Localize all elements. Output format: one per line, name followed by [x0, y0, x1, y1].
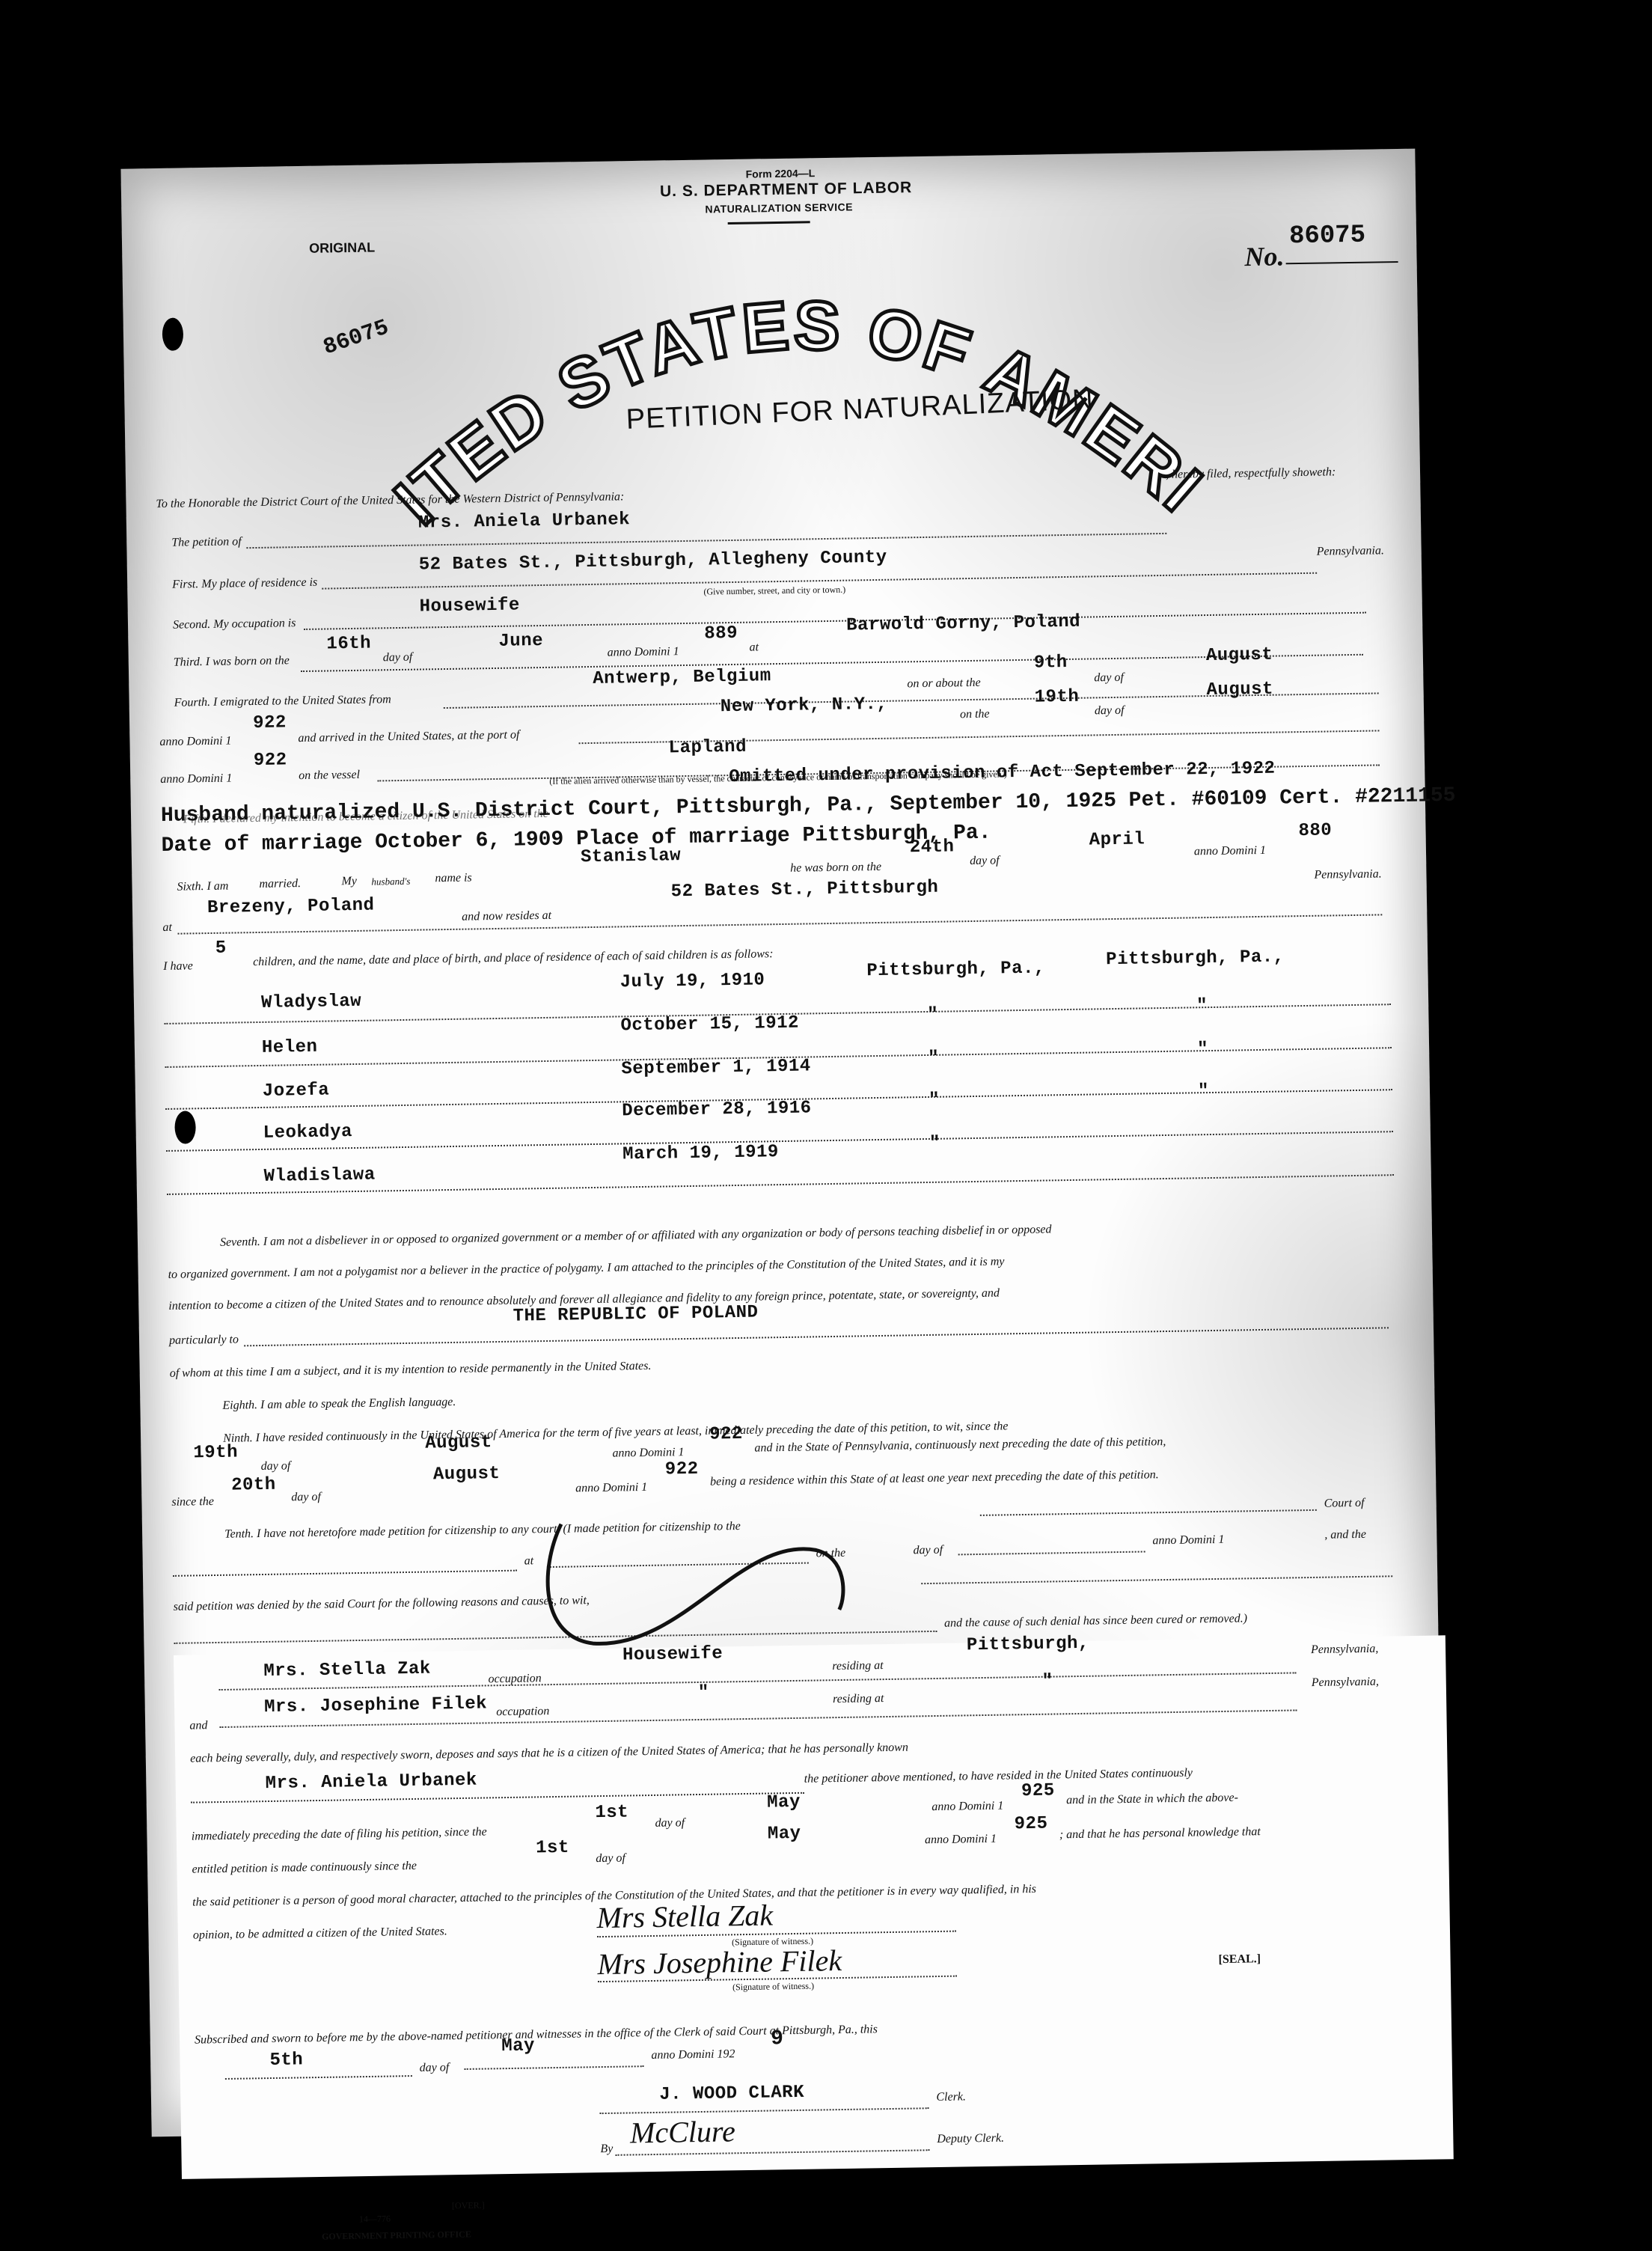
vessel-label: on the vessel	[299, 769, 360, 783]
arrived-label: and arrived in the United States, at the…	[298, 728, 519, 745]
seventh-clause: to organized government. I am not a poly…	[168, 1255, 1005, 1282]
children-count: 5	[215, 938, 227, 959]
printer-imprint: GOVERNMENT PRINTING OFFICE	[322, 2229, 471, 2242]
renounced-sovereign: THE REPUBLIC OF POLAND	[513, 1303, 758, 1327]
attached-clause: together with my affidavit and the affid…	[175, 1685, 996, 1711]
on-or-about-text: on or about the	[907, 676, 980, 691]
emigrated-month: August	[1206, 645, 1273, 666]
svg-text:UNITED STATES OF AMERICA: UNITED STATES OF AMERICA	[346, 196, 1218, 540]
divider	[634, 1872, 768, 1877]
resides-label: and now resides at	[462, 909, 551, 924]
born-label: Third. I was born on the	[174, 654, 290, 669]
court-of-text: Court of	[1324, 1497, 1365, 1511]
oath-text: information and belief, and that as to t…	[189, 2078, 552, 2098]
print-code: 14—776	[359, 2214, 391, 2226]
occupation-value: Housewife	[419, 595, 520, 617]
day-of-text: day of	[383, 651, 413, 665]
punch-hole	[174, 1111, 196, 1143]
filed-year: 9	[1403, 1758, 1416, 1781]
spouse-birth-month: April	[1089, 829, 1145, 850]
form-number: Form 2204—L	[746, 167, 816, 180]
fifth-typed: Omitted under provision of Act September…	[729, 759, 1276, 787]
spouse-word: husband's	[371, 876, 410, 888]
anno-domini-text: anno Domini 1	[159, 735, 231, 750]
residence-hint: (Give number, street, and city or town.)	[703, 584, 845, 598]
petitioner-name: Mrs. Aniela Urbanek	[418, 510, 631, 533]
arrival-port: New York, N.Y.,	[721, 694, 888, 718]
and-the-text: , and the	[1324, 1528, 1366, 1542]
punch-hole	[162, 317, 184, 350]
child-residence: "	[1197, 1039, 1208, 1060]
child-name: Helen	[262, 1037, 318, 1058]
divider	[633, 1787, 768, 1792]
occupation-label: Second. My occupation is	[173, 617, 296, 632]
number-label: No.	[1244, 240, 1285, 272]
emigrated-from: Antwerp, Belgium	[593, 666, 771, 689]
child-residence: "	[1198, 1081, 1209, 1102]
birth-day: 16th	[326, 634, 371, 655]
anno-domini-text: anno Domini 1	[612, 1446, 684, 1461]
clerk-note: NOTE TO CLERK OF COURT.—If petitioner ar…	[297, 1839, 995, 1862]
deputy-clerk-label: Deputy Clerk.	[937, 2132, 1004, 2146]
banner-title: UNITED STATES OF AMERICA	[346, 196, 1218, 540]
spouse-birth-year: 880	[1298, 820, 1332, 841]
child-birth-date: July 19, 1910	[619, 970, 765, 992]
marriage-info: Date of marriage October 6, 1909 Place o…	[161, 822, 991, 858]
child-name: Wladislawa	[263, 1165, 375, 1187]
child-birth-place: Pittsburgh, Pa.,	[866, 958, 1045, 981]
i-have-text: I have	[163, 959, 193, 974]
state-suffix: Pennsylvania.	[1314, 867, 1381, 882]
child-name: Leokadya	[263, 1122, 353, 1143]
filed-day: 5th	[1119, 1781, 1152, 1802]
day-of-text: day of	[913, 1544, 943, 1558]
anno-domini-text: anno Domini 1	[608, 645, 679, 660]
child-birth-date: September 1, 1914	[621, 1056, 811, 1079]
day-of-text: day of	[1095, 704, 1125, 718]
child-birth-place: "	[928, 1048, 939, 1069]
petitioner-signature: Aniela Urbanek	[1102, 1670, 1321, 1713]
day-of-text: day of	[1187, 1794, 1217, 1808]
arrival-year: 922	[254, 750, 287, 771]
spouse-birth-day: 24th	[910, 837, 955, 858]
child-birth-date: October 15, 1912	[620, 1013, 799, 1036]
husband-naturalized: Husband naturalized U.S. District Court,…	[161, 784, 1456, 828]
anno-domini-text: anno Domini 1	[1194, 844, 1266, 859]
particularly-to-label: particularly to	[169, 1333, 239, 1347]
child-name: Jozefa	[263, 1081, 330, 1102]
ss-text: ss:	[366, 1972, 379, 1985]
my-text: My	[341, 875, 357, 888]
anno-domini-text: anno Domini 1	[1152, 1533, 1224, 1548]
day-of-text: day of	[261, 1459, 291, 1473]
child-birth-place: "	[929, 1134, 940, 1154]
at-text: at	[162, 921, 172, 935]
birth-year: 889	[704, 623, 738, 644]
venue-line: Western District of Pennsylvania.	[187, 1987, 348, 2003]
day-of-text: day of	[970, 854, 1000, 868]
spouse-residence: 52 Bates St., Pittsburgh	[671, 878, 939, 902]
child-birth-place: "	[929, 1090, 940, 1111]
day-of-text: day of	[1094, 671, 1124, 685]
birth-month: June	[498, 631, 543, 652]
child-birth-place: "	[927, 1005, 938, 1025]
child-residence: "	[1196, 996, 1208, 1016]
emigrated-label: Fourth. I emigrated to the United States…	[174, 693, 391, 710]
spouse-birth-place: Brezeny, Poland	[207, 896, 375, 919]
state-since-month: August	[433, 1464, 501, 1485]
us-since-day: 19th	[193, 1443, 238, 1464]
sixth-label: Sixth. I am	[177, 880, 228, 894]
declaration-text: and Certificate of Arrival from Departme…	[805, 1804, 1101, 1822]
number-underline	[1286, 261, 1398, 264]
day-of-text: day of	[291, 1491, 321, 1505]
us-since-month: August	[425, 1432, 492, 1453]
by-label: By	[600, 2142, 613, 2156]
child-birth-date: December 28, 1916	[622, 1098, 812, 1121]
affidavits-title: AFFIDAVITS OF PETITIONER AND WITNESSES	[597, 1881, 1057, 1924]
ninth-clause: being a residence within this State of a…	[710, 1468, 1159, 1488]
us-since-year: 922	[709, 1424, 743, 1445]
children-label: children, and the name, date and place o…	[253, 947, 774, 969]
state-suffix: Pennsylvania.	[1317, 544, 1384, 558]
arrival-month: August	[1206, 679, 1273, 700]
anno-domini-text: anno Domini 1	[575, 1481, 647, 1496]
year-prefix: 192	[1373, 1771, 1391, 1785]
filed-month: May	[1276, 1771, 1309, 1792]
state-since-year: 922	[665, 1459, 699, 1480]
petitioner-affidavit-signature: Mrs Aniela Urbanek	[1063, 2025, 1346, 2069]
punch-hole	[186, 1836, 207, 1869]
attached-clause: United States of America.	[175, 1730, 298, 1746]
declaration-label: Declaration of Intention No.	[206, 1827, 343, 1842]
arrival-day: 19th	[1034, 687, 1079, 708]
residence-label: First. My place of residence is	[172, 576, 317, 592]
vessel-name: Lapland	[668, 737, 747, 759]
spouse-name: Stanislaw	[581, 846, 682, 867]
oath-text: The aforesaid petitioner being duly swor…	[232, 2010, 1059, 2036]
ninth-clause: and in the State of Pennsylvania, contin…	[754, 1435, 1166, 1456]
filed-suffix: , hereby filed, respectfully showeth:	[1166, 465, 1336, 482]
state-since-day: 20th	[231, 1475, 276, 1496]
tenth-clause: and the cause of such denial has since b…	[944, 1612, 1247, 1630]
seventh-clause: of whom at this time I am a subject, and…	[170, 1360, 652, 1381]
petition-of-label: The petition of	[171, 535, 242, 549]
petition-number: 86075	[1289, 222, 1366, 251]
oath-text: contents thereof; that the said petition…	[188, 2043, 997, 2069]
marital-status: married.	[259, 877, 301, 891]
venue-line: UNITED STATES OF AMERICA,	[186, 1958, 358, 1975]
child-birth-date: March 19, 1919	[622, 1142, 779, 1164]
venue-brace: }	[349, 1969, 358, 1993]
petition-document: Form 2204—L U. S. DEPARTMENT OF LABOR NA…	[120, 149, 1445, 2137]
cancellation-mark	[531, 1504, 908, 1660]
signature-hint: (Complete and true signature of petition…	[1184, 2071, 1339, 2085]
anno-domini-text: anno Domini 1	[160, 772, 232, 787]
spouse-born-label: he was born on the	[790, 861, 881, 876]
at-text: at	[749, 641, 759, 654]
since-the-text: since the	[171, 1495, 214, 1509]
over-label: [OVER.]	[452, 2200, 485, 2212]
seventh-clause: Seventh. I am not a disbeliever in or op…	[220, 1223, 1052, 1249]
child-residence: Pittsburgh, Pa.,	[1106, 947, 1285, 970]
emigrated-year: 922	[253, 712, 287, 733]
department-name: U. S. DEPARTMENT OF LABOR	[660, 179, 913, 201]
birth-place: Barwold Gorny, Poland	[846, 612, 1080, 636]
signature-hint: (Complete and true signature of petition…	[1163, 1716, 1318, 1729]
tenth-clause: said petition was denied by the said Cou…	[174, 1594, 590, 1614]
child-name: Wladyslaw	[261, 992, 362, 1013]
name-is-text: name is	[435, 871, 472, 885]
eighth-clause: Eighth. I am able to speak the English l…	[222, 1396, 456, 1413]
emigrated-day: 9th	[1034, 653, 1068, 674]
declaration-value: Not required Act September 22, 1922	[401, 1801, 792, 1827]
on-the-text: on the	[960, 708, 990, 722]
